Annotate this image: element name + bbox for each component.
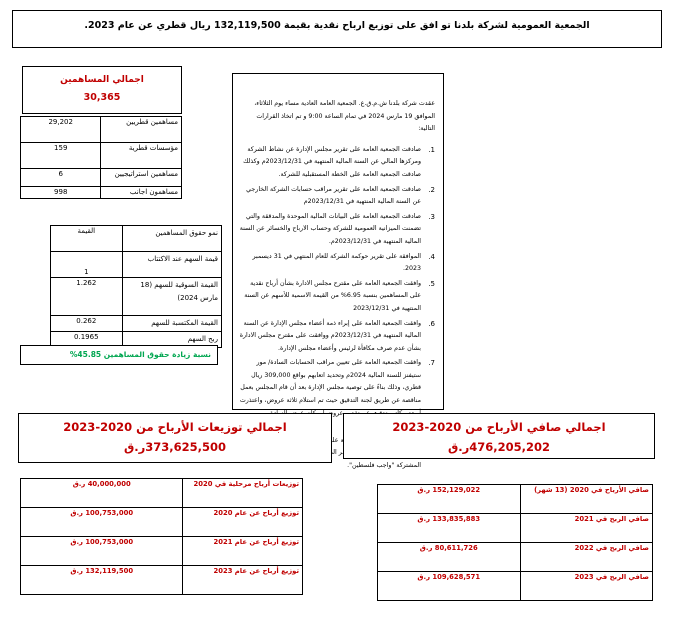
net-profit-title: اجمالي صافي الأرباح من 2020-2023 xyxy=(344,420,654,434)
table-row: 1 قيمة السهم عند الاكتتاب xyxy=(51,252,222,278)
item-number: 3. xyxy=(428,211,435,224)
table-row: 133,835,883 ر.ق صافي الربح في 2021 xyxy=(378,514,653,543)
header-value: القيمة xyxy=(51,226,123,252)
dividends-total-box: اجمالي توزيعات الأرباح من 2020-2023 373,… xyxy=(18,413,332,463)
cell-value: 1.262 xyxy=(51,278,123,316)
headline-text: الجمعية العمومية لشركة بلدنا تو افق على … xyxy=(13,20,661,31)
shareholders-total: 30,365 xyxy=(23,92,181,103)
list-item: 3.صادقت الجمعية العامة على البيانات الما… xyxy=(239,211,435,249)
cell-label: توزيع أرباح عن عام 2021 xyxy=(183,537,303,566)
cell-label: مؤسسات قطرية xyxy=(101,143,182,169)
table-row: 152,129,022 ر.ق صافي الأرباح في 2020 (13… xyxy=(378,485,653,514)
item-number: 2. xyxy=(428,184,435,197)
cell-value: 1 xyxy=(51,252,123,278)
cell-value: 29,202 xyxy=(21,117,101,143)
cell-label: مساهمين قطريين xyxy=(101,117,182,143)
cell-label: توزيعات أرباح مرحلية في 2020 xyxy=(183,479,303,508)
item-number: 4. xyxy=(428,251,435,264)
cell-label: صافي الأرباح في 2020 (13 شهر) xyxy=(520,485,652,514)
cell-label: صافي الربح في 2023 xyxy=(520,572,652,601)
item-number: 1. xyxy=(428,144,435,157)
dividends-table: 40,000,000 ر.ق توزيعات أرباح مرحلية في 2… xyxy=(20,478,303,595)
cell-value: 159 xyxy=(21,143,101,169)
cell-label: صافي الربح في 2021 xyxy=(520,514,652,543)
cell-label: مساهمين استراتيجيين xyxy=(101,169,182,187)
cell-value: 100,753,000 ر.ق xyxy=(21,537,183,566)
cell-label: توزيع أرباح عن عام 2020 xyxy=(183,508,303,537)
item-text: وافقت الجمعية العامة على مقترح مجلس الاد… xyxy=(244,280,421,312)
table-row: 80,611,726 ر.ق صافي الربح في 2022 xyxy=(378,543,653,572)
cell-label: القيمة السوقية للسهم (18 مارس 2024) xyxy=(122,278,221,316)
table-row: 0.262 القيمة المكتسبة للسهم xyxy=(51,316,222,332)
table-row: 109,628,571 ر.ق صافي الربح في 2023 xyxy=(378,572,653,601)
cell-label: مساهمون اجانب xyxy=(101,187,182,199)
cell-label: صافي الربح في 2022 xyxy=(520,543,652,572)
table-row: 6 مساهمين استراتيجيين xyxy=(21,169,182,187)
headline-box: الجمعية العمومية لشركة بلدنا تو افق على … xyxy=(12,10,662,48)
table-row: 29,202 مساهمين قطريين xyxy=(21,117,182,143)
net-profit-total: 476,205,202ر.ق xyxy=(344,440,654,454)
shareholders-title: اجمالي المساهمين xyxy=(23,75,181,85)
table-row: 100,753,000 ر.ق توزيع أرباح عن عام 2020 xyxy=(21,508,303,537)
cell-label: القيمة المكتسبة للسهم xyxy=(122,316,221,332)
cell-label: قيمة السهم عند الاكتتاب xyxy=(122,252,221,278)
table-row: 998 مساهمون اجانب xyxy=(21,187,182,199)
item-number: 5. xyxy=(428,278,435,291)
equity-growth-note: نسبة زيادة حقوق المساهمين 45.85% xyxy=(20,345,218,365)
cell-value: 133,835,883 ر.ق xyxy=(378,514,521,543)
list-item: 1.صادقت الجمعية العامة على تقرير مجلس ال… xyxy=(239,144,435,182)
shareholders-table: 29,202 مساهمين قطريين 159 مؤسسات قطرية 6… xyxy=(20,116,182,199)
list-item: 5.وافقت الجمعية العامة على مقترح مجلس ال… xyxy=(239,278,435,316)
cell-value: 40,000,000 ر.ق xyxy=(21,479,183,508)
item-number: 7. xyxy=(428,357,435,370)
item-text: وافقت الجمعية العامة على إبراء ذمة أعضاء… xyxy=(240,320,421,352)
cell-label: توزيع أرباح عن عام 2023 xyxy=(183,566,303,595)
dividends-title: اجمالي توزيعات الأرباح من 2020-2023 xyxy=(19,420,331,434)
table-row: 159 مؤسسات قطرية xyxy=(21,143,182,169)
item-text: صادقت الجمعية العامة على تقرير مراقب حسا… xyxy=(246,186,421,206)
table-row: 40,000,000 ر.ق توزيعات أرباح مرحلية في 2… xyxy=(21,479,303,508)
cell-value: 80,611,726 ر.ق xyxy=(378,543,521,572)
net-profit-table: 152,129,022 ر.ق صافي الأرباح في 2020 (13… xyxy=(377,484,653,601)
cell-value: 109,628,571 ر.ق xyxy=(378,572,521,601)
cell-value: 0.262 xyxy=(51,316,123,332)
list-item: 4.الموافقة على تقرير حوكمة الشركة للعام … xyxy=(239,251,435,276)
shareholders-total-box: اجمالي المساهمين 30,365 xyxy=(22,66,182,114)
item-number: 6. xyxy=(428,318,435,331)
header-label: نمو حقوق المساهمين xyxy=(122,226,221,252)
minutes-intro: عقدت شركة بلدنا ش.م.ق.ع. الجمعية العامة … xyxy=(239,98,435,136)
item-text: صادقت الجمعية العامة على البيانات المالي… xyxy=(240,213,421,245)
list-item: 2.صادقت الجمعية العامة على تقرير مراقب ح… xyxy=(239,184,435,209)
table-row: 132,119,500 ر.ق توزيع أرباح عن عام 2023 xyxy=(21,566,303,595)
table-header-row: القيمة نمو حقوق المساهمين xyxy=(51,226,222,252)
dividends-total: 373,625,500ر.ق xyxy=(19,440,331,454)
table-row: 100,753,000 ر.ق توزيع أرباح عن عام 2021 xyxy=(21,537,303,566)
cell-value: 6 xyxy=(21,169,101,187)
cell-value: 152,129,022 ر.ق xyxy=(378,485,521,514)
item-text: صادقت الجمعية العامة على تقرير مجلس الإد… xyxy=(243,146,421,178)
net-profit-total-box: اجمالي صافي الأرباح من 2020-2023 476,205… xyxy=(343,413,655,459)
list-item: 6.وافقت الجمعية العامة على إبراء ذمة أعض… xyxy=(239,318,435,356)
meeting-minutes-box: عقدت شركة بلدنا ش.م.ق.ع. الجمعية العامة … xyxy=(232,73,444,410)
cell-value: 998 xyxy=(21,187,101,199)
cell-value: 100,753,000 ر.ق xyxy=(21,508,183,537)
item-text: الموافقة على تقرير حوكمة الشركة للعام ال… xyxy=(252,253,421,273)
table-row: 1.262 القيمة السوقية للسهم (18 مارس 2024… xyxy=(51,278,222,316)
equity-growth-table: القيمة نمو حقوق المساهمين 1 قيمة السهم ع… xyxy=(50,225,222,348)
cell-value: 132,119,500 ر.ق xyxy=(21,566,183,595)
